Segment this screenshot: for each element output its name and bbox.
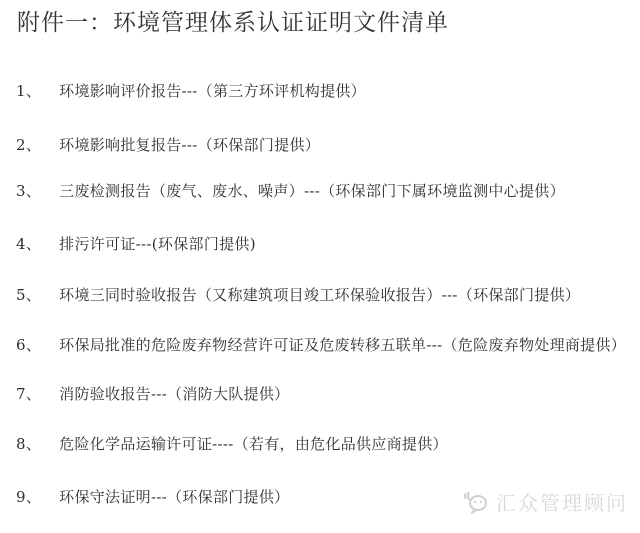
item-text: 环境三同时验收报告（又称建筑项目竣工环保验收报告）---（环保部门提供） [59, 286, 580, 304]
item-text: 环境影响批复报告---（环保部门提供） [59, 136, 320, 154]
watermark: 汇众管理顾问 [462, 487, 628, 516]
list-item: 4、排污许可证---(环保部门提供) [16, 233, 256, 254]
list-item: 3、三废检测报告（废气、废水、噪声）---（环保部门下属环境监测中心提供） [16, 180, 565, 201]
item-number: 4、 [16, 233, 41, 254]
item-text: 环境影响评价报告---（第三方环评机构提供） [59, 82, 366, 100]
item-number: 1、 [16, 80, 41, 101]
item-text: 排污许可证---(环保部门提供) [59, 235, 256, 253]
item-number: 9、 [16, 486, 41, 507]
list-item: 6、环保局批准的危险废弃物经营许可证及危废转移五联单---（危险废弃物处理商提供… [16, 334, 626, 355]
list-item: 7、消防验收报告---（消防大队提供） [16, 383, 289, 404]
item-text: 环保局批准的危险废弃物经营许可证及危废转移五联单---（危险废弃物处理商提供） [59, 336, 626, 354]
item-number: 6、 [16, 334, 41, 355]
item-text: 危险化学品运输许可证----（若有，由危化品供应商提供） [59, 435, 448, 453]
item-number: 5、 [16, 284, 41, 305]
watermark-text: 汇众管理顾问 [496, 487, 628, 516]
item-number: 2、 [16, 134, 41, 155]
document-title: 附件一：环境管理体系认证证明文件清单 [17, 4, 449, 37]
item-text: 三废检测报告（废气、废水、噪声）---（环保部门下属环境监测中心提供） [59, 182, 565, 200]
item-text: 环保守法证明---（环保部门提供） [59, 488, 289, 506]
item-number: 7、 [16, 383, 41, 404]
item-text: 消防验收报告---（消防大队提供） [59, 385, 289, 403]
list-item: 5、环境三同时验收报告（又称建筑项目竣工环保验收报告）---（环保部门提供） [16, 284, 580, 305]
list-item: 9、环保守法证明---（环保部门提供） [16, 486, 289, 507]
item-number: 3、 [16, 180, 41, 201]
wechat-icon [462, 490, 488, 514]
item-number: 8、 [16, 433, 41, 454]
list-item: 8、危险化学品运输许可证----（若有，由危化品供应商提供） [16, 433, 448, 454]
list-item: 2、环境影响批复报告---（环保部门提供） [16, 134, 320, 155]
list-item: 1、环境影响评价报告---（第三方环评机构提供） [16, 80, 366, 101]
